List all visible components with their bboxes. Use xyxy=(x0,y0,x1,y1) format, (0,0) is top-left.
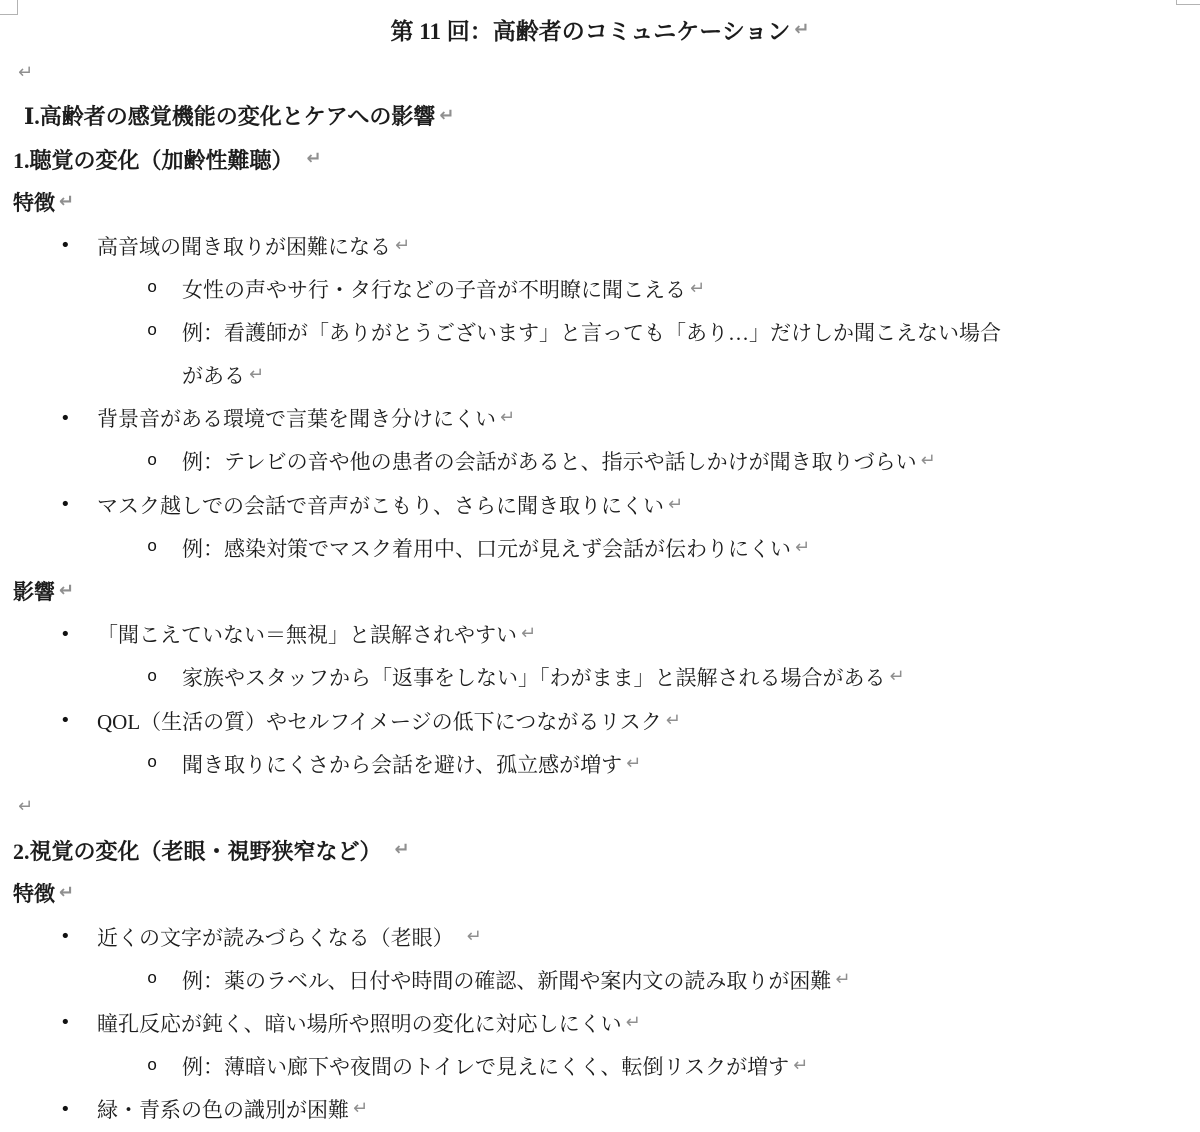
bullet-dot-icon: • xyxy=(60,494,71,515)
bullet-circle-icon: o xyxy=(147,452,157,471)
bullet-circle-icon: o xyxy=(147,754,157,773)
paragraph-mark-icon: ↵ xyxy=(793,1057,808,1075)
bullet-item-level2[interactable]: o例：看護師が「ありがとうございます」と言っても「あり…」だけしか聞こえない場合 xyxy=(0,310,1200,353)
paragraph-mark-icon: ↵ xyxy=(666,712,681,730)
subsection-heading[interactable]: 1.聴覚の変化（加齢性難聴）↵ xyxy=(0,138,1200,181)
paragraph-mark-icon: ↵ xyxy=(395,237,410,255)
paragraph-mark-icon: ↵ xyxy=(18,64,33,82)
bullet-item-level1[interactable]: •瞳孔反応が鈍く、暗い場所や照明の変化に対応しにくい↵ xyxy=(0,1001,1200,1044)
paragraph-mark-icon: ↵ xyxy=(626,755,641,773)
bullet-item-level2[interactable]: o例：薄暗い廊下や夜間のトイレで見えにくく、転倒リスクが増す↵ xyxy=(0,1045,1200,1088)
bullet-circle-icon: o xyxy=(147,970,157,989)
bullet-item-level1[interactable]: •マスク越しでの会話で音声がこもり、さらに聞き取りにくい↵ xyxy=(0,483,1200,526)
bullet-item-level1[interactable]: •「聞こえていない＝無視」と誤解されやすい↵ xyxy=(0,613,1200,656)
line-text: 特徴 xyxy=(13,187,55,217)
paragraph-mark-icon: ↵ xyxy=(890,668,905,686)
sub-label[interactable]: 影響↵ xyxy=(0,569,1200,612)
line-text: 家族やスタッフから「返事をしない」「わがまま」と誤解される場合がある xyxy=(182,662,886,692)
line-text: 近くの文字が読みづらくなる（老眼） xyxy=(97,922,454,952)
paragraph-mark-icon: ↵ xyxy=(307,150,322,168)
bullet-item-level1[interactable]: •高音域の聞き取りが困難になる↵ xyxy=(0,224,1200,267)
line-text: QOL（生活の質）やセルフイメージの低下につながるリスク xyxy=(97,706,662,736)
paragraph-mark-icon: ↵ xyxy=(249,366,264,384)
line-text: 例：薬のラベル、日付や時間の確認、新聞や案内文の読み取りが困難 xyxy=(182,965,831,995)
line-text: 特徴 xyxy=(13,878,55,908)
paragraph-mark-icon: ↵ xyxy=(795,539,810,557)
bullet-item-level2[interactable]: o例：テレビの音や他の患者の会話があると、指示や話しかけが聞き取りづらい↵ xyxy=(0,440,1200,483)
paragraph-mark-icon: ↵ xyxy=(18,798,33,816)
wrapped-line[interactable]: がある↵ xyxy=(0,354,1200,397)
document-title[interactable]: 第 11 回：高齢者のコミュニケーション↵ xyxy=(0,8,1200,51)
paragraph-mark-icon: ↵ xyxy=(59,582,74,600)
bullet-circle-icon: o xyxy=(147,279,157,298)
line-text: 例：テレビの音や他の患者の会話があると、指示や話しかけが聞き取りづらい xyxy=(182,446,917,476)
paragraph-mark-icon: ↵ xyxy=(353,1100,368,1118)
line-text: 背景音がある環境で言葉を聞き分けにくい xyxy=(97,403,496,433)
bullet-circle-icon: o xyxy=(147,322,157,341)
bullet-item-level2[interactable]: o例：薬のラベル、日付や時間の確認、新聞や案内文の読み取りが困難↵ xyxy=(0,958,1200,1001)
line-text: 例：薄暗い廊下や夜間のトイレで見えにくく、転倒リスクが増す xyxy=(182,1051,789,1081)
bullet-dot-icon: • xyxy=(60,235,71,256)
bullet-item-level2[interactable]: o女性の声やサ行・タ行などの子音が不明瞭に聞こえる↵ xyxy=(0,267,1200,310)
line-text: 聞き取りにくさから会話を避け、孤立感が増す xyxy=(182,749,622,779)
bullet-circle-icon: o xyxy=(147,538,157,557)
bullet-item-level2[interactable]: o例：感染対策でマスク着用中、口元が見えず会話が伝わりにくい↵ xyxy=(0,526,1200,569)
bullet-item-level1[interactable]: •近くの文字が読みづらくなる（老眼）↵ xyxy=(0,915,1200,958)
line-text: 2.視覚の変化（老眼・視野狭窄など） xyxy=(13,835,382,866)
paragraph-mark-icon: ↵ xyxy=(794,21,809,39)
bullet-dot-icon: • xyxy=(60,926,71,947)
empty-paragraph[interactable]: ↵ xyxy=(0,785,1200,828)
paragraph-mark-icon: ↵ xyxy=(395,841,410,859)
section-heading[interactable]: Ⅰ.高齢者の感覚機能の変化とケアへの影響↵ xyxy=(0,94,1200,137)
bullet-item-level2[interactable]: o聞き取りにくさから会話を避け、孤立感が増す↵ xyxy=(0,742,1200,785)
bullet-item-level1[interactable]: •QOL（生活の質）やセルフイメージの低下につながるリスク↵ xyxy=(0,699,1200,742)
bullet-item-level1[interactable]: •背景音がある環境で言葉を聞き分けにくい↵ xyxy=(0,397,1200,440)
bullet-dot-icon: • xyxy=(60,1012,71,1033)
line-text: 瞳孔反応が鈍く、暗い場所や照明の変化に対応しにくい xyxy=(97,1008,622,1038)
line-text: がある xyxy=(182,360,245,390)
paragraph-mark-icon: ↵ xyxy=(59,884,74,902)
line-text: 影響 xyxy=(13,576,55,606)
line-text: 第 11 回：高齢者のコミュニケーション xyxy=(391,13,791,46)
paragraph-mark-icon: ↵ xyxy=(500,409,515,427)
bullet-dot-icon: • xyxy=(60,710,71,731)
line-text: マスク越しでの会話で音声がこもり、さらに聞き取りにくい xyxy=(97,490,664,520)
bullet-circle-icon: o xyxy=(147,668,157,687)
paragraph-mark-icon: ↵ xyxy=(626,1014,641,1032)
bullet-dot-icon: • xyxy=(60,624,71,645)
bullet-dot-icon: • xyxy=(60,408,71,429)
paragraph-mark-icon: ↵ xyxy=(467,928,482,946)
paragraph-mark-icon: ↵ xyxy=(835,971,850,989)
paragraph-mark-icon: ↵ xyxy=(690,280,705,298)
paragraph-mark-icon: ↵ xyxy=(921,452,936,470)
paragraph-mark-icon: ↵ xyxy=(439,107,454,125)
paragraph-mark-icon: ↵ xyxy=(668,496,683,514)
line-text: 1.聴覚の変化（加齢性難聴） xyxy=(13,144,294,175)
line-text: 女性の声やサ行・タ行などの子音が不明瞭に聞こえる xyxy=(182,274,686,304)
line-text: 高音域の聞き取りが困難になる xyxy=(97,231,391,261)
line-text: 「聞こえていない＝無視」と誤解されやすい xyxy=(97,619,517,649)
subsection-heading[interactable]: 2.視覚の変化（老眼・視野狭窄など）↵ xyxy=(0,829,1200,872)
line-text: Ⅰ.高齢者の感覚機能の変化とケアへの影響 xyxy=(24,100,435,131)
paragraph-mark-icon: ↵ xyxy=(521,625,536,643)
paragraph-mark-icon: ↵ xyxy=(59,193,74,211)
bullet-item-level1[interactable]: •緑・青系の色の識別が困難↵ xyxy=(0,1088,1200,1131)
bullet-item-level2[interactable]: o家族やスタッフから「返事をしない」「わがまま」と誤解される場合がある↵ xyxy=(0,656,1200,699)
empty-paragraph[interactable]: ↵ xyxy=(0,51,1200,94)
sub-label[interactable]: 特徴↵ xyxy=(0,872,1200,915)
bullet-dot-icon: • xyxy=(60,1099,71,1120)
line-text: 緑・青系の色の識別が困難 xyxy=(97,1094,349,1124)
document-page[interactable]: 第 11 回：高齢者のコミュニケーション↵↵Ⅰ.高齢者の感覚機能の変化とケアへの… xyxy=(0,0,1200,1131)
line-text: 例：看護師が「ありがとうございます」と言っても「あり…」だけしか聞こえない場合 xyxy=(182,317,1001,347)
line-text: 例：感染対策でマスク着用中、口元が見えず会話が伝わりにくい xyxy=(182,533,791,563)
bullet-circle-icon: o xyxy=(147,1057,157,1076)
sub-label[interactable]: 特徴↵ xyxy=(0,181,1200,224)
